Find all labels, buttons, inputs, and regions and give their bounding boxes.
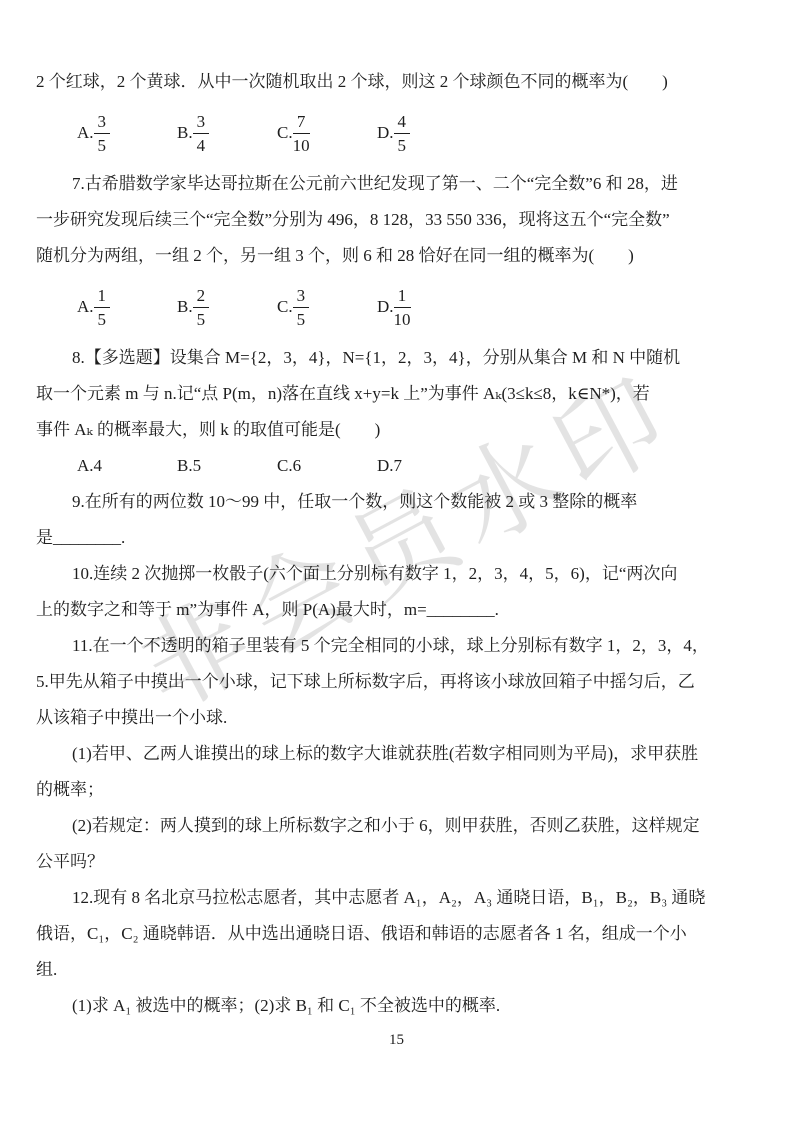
question-7-text-line: 7.古希腊数学家毕达哥拉斯在公元前六世纪发现了第一、二个“完全数”6 和 28，… bbox=[36, 166, 757, 202]
option-c-fraction: 3 5 bbox=[293, 285, 310, 330]
fraction-numerator: 1 bbox=[394, 285, 411, 308]
page-content: 2 个红球，2 个黄球．从中一次随机取出 2 个球，则这 2 个球颜色不同的概率… bbox=[36, 64, 757, 1024]
fraction-denominator: 10 bbox=[394, 308, 411, 330]
question-11-text-line: 11.在一个不透明的箱子里装有 5 个完全相同的小球，球上分别标有数字 1，2，… bbox=[36, 628, 757, 664]
option-a: A.4 bbox=[77, 448, 177, 484]
question-9-text-line: 9.在所有的两位数 10～99 中，任取一个数，则这个数能被 2 或 3 整除的… bbox=[36, 484, 757, 520]
fraction-denominator: 5 bbox=[94, 134, 111, 156]
fraction-denominator: 10 bbox=[293, 134, 310, 156]
question-8-text-line: 8.【多选题】设集合 M={2，3，4}，N={1，2，3，4}，分别从集合 M… bbox=[36, 340, 757, 376]
question-9: 9.在所有的两位数 10～99 中，任取一个数，则这个数能被 2 或 3 整除的… bbox=[36, 484, 757, 556]
option-b: B.5 bbox=[177, 448, 277, 484]
option-b: B. 3 4 bbox=[177, 111, 277, 156]
fraction-numerator: 3 bbox=[94, 111, 111, 134]
fraction-numerator: 1 bbox=[94, 285, 111, 308]
option-d-label: D. bbox=[377, 297, 394, 317]
question-12-text-line: 组. bbox=[36, 952, 757, 988]
question-8-options: A.4 B.5 C.6 D.7 bbox=[36, 448, 757, 484]
option-d: D. 1 10 bbox=[377, 285, 477, 330]
option-b-fraction: 3 4 bbox=[193, 111, 210, 156]
question-6-text-line: 2 个红球，2 个黄球．从中一次随机取出 2 个球，则这 2 个球颜色不同的概率… bbox=[36, 64, 757, 100]
option-d-label: D. bbox=[377, 123, 394, 143]
option-c-label: C. bbox=[277, 123, 293, 143]
question-12-text-line: 俄语，C₁，C₂ 通晓韩语．从中选出通晓日语、俄语和韩语的志愿者各 1 名，组成… bbox=[36, 916, 757, 952]
option-b-label: B. bbox=[177, 123, 193, 143]
fraction-numerator: 2 bbox=[193, 285, 210, 308]
question-6-options: A. 3 5 B. 3 4 C. 7 bbox=[36, 105, 757, 161]
question-12-parts-line: (1)求 A₁ 被选中的概率；(2)求 B₁ 和 C₁ 不全被选中的概率. bbox=[36, 988, 757, 1024]
worksheet-page: 非会员水印 2 个红球，2 个黄球．从中一次随机取出 2 个球，则这 2 个球颜… bbox=[0, 0, 793, 1122]
question-11: 11.在一个不透明的箱子里装有 5 个完全相同的小球，球上分别标有数字 1，2，… bbox=[36, 628, 757, 880]
fraction-denominator: 5 bbox=[394, 134, 411, 156]
option-c-fraction: 7 10 bbox=[293, 111, 310, 156]
question-8: 8.【多选题】设集合 M={2，3，4}，N={1，2，3，4}，分别从集合 M… bbox=[36, 340, 757, 484]
fraction-numerator: 7 bbox=[293, 111, 310, 134]
question-11-text-line: 5.甲先从箱子中摸出一个小球，记下球上所标数字后，再将该小球放回箱子中摇匀后，乙 bbox=[36, 664, 757, 700]
option-c: C. 3 5 bbox=[277, 285, 377, 330]
question-7-text-line: 一步研究发现后续三个“完全数”分别为 496，8 128，33 550 336，… bbox=[36, 202, 757, 238]
fraction-denominator: 5 bbox=[293, 308, 310, 330]
question-10: 10.连续 2 次抛掷一枚骰子(六个面上分别标有数字 1，2，3，4，5，6)，… bbox=[36, 556, 757, 628]
option-a-label: A. bbox=[77, 123, 94, 143]
option-c: C. 7 10 bbox=[277, 111, 377, 156]
question-7-text-line: 随机分为两组，一组 2 个，另一组 3 个，则 6 和 28 恰好在同一组的概率… bbox=[36, 238, 757, 274]
question-11-part2-line: (2)若规定：两人摸到的球上所标数字之和小于 6，则甲获胜，否则乙获胜，这样规定 bbox=[36, 808, 757, 844]
question-7: 7.古希腊数学家毕达哥拉斯在公元前六世纪发现了第一、二个“完全数”6 和 28，… bbox=[36, 166, 757, 335]
option-d-fraction: 4 5 bbox=[394, 111, 411, 156]
question-11-part1-line: 的概率； bbox=[36, 772, 757, 808]
fraction-numerator: 3 bbox=[293, 285, 310, 308]
option-d: D. 4 5 bbox=[377, 111, 477, 156]
option-b-fraction: 2 5 bbox=[193, 285, 210, 330]
fraction-numerator: 4 bbox=[394, 111, 411, 134]
option-a-label: A. bbox=[77, 297, 94, 317]
fraction-denominator: 5 bbox=[193, 308, 210, 330]
option-a: A. 1 5 bbox=[77, 285, 177, 330]
fraction-denominator: 4 bbox=[193, 134, 210, 156]
question-10-text-line: 10.连续 2 次抛掷一枚骰子(六个面上分别标有数字 1，2，3，4，5，6)，… bbox=[36, 556, 757, 592]
question-9-blank-line: 是________. bbox=[36, 520, 757, 556]
fraction-denominator: 5 bbox=[94, 308, 111, 330]
question-8-text-line: 事件 Aₖ 的概率最大，则 k 的取值可能是( ) bbox=[36, 412, 757, 448]
option-d: D.7 bbox=[377, 448, 477, 484]
option-a-fraction: 3 5 bbox=[94, 111, 111, 156]
question-6: 2 个红球，2 个黄球．从中一次随机取出 2 个球，则这 2 个球颜色不同的概率… bbox=[36, 64, 757, 161]
option-b: B. 2 5 bbox=[177, 285, 277, 330]
question-11-part1-line: (1)若甲、乙两人谁摸出的球上标的数字大谁就获胜(若数字相同则为平局)，求甲获胜 bbox=[36, 736, 757, 772]
question-7-options: A. 1 5 B. 2 5 C. 3 bbox=[36, 279, 757, 335]
fraction-numerator: 3 bbox=[193, 111, 210, 134]
option-a: A. 3 5 bbox=[77, 111, 177, 156]
question-11-part2-line: 公平吗？ bbox=[36, 844, 757, 880]
option-c-label: C. bbox=[277, 297, 293, 317]
option-d-fraction: 1 10 bbox=[394, 285, 411, 330]
question-8-text-line: 取一个元素 m 与 n.记“点 P(m，n)落在直线 x+y=k 上”为事件 A… bbox=[36, 376, 757, 412]
page-number: 15 bbox=[0, 1032, 793, 1049]
question-12: 12.现有 8 名北京马拉松志愿者，其中志愿者 A₁，A₂，A₃ 通晓日语，B₁… bbox=[36, 880, 757, 1024]
question-11-text-line: 从该箱子中摸出一个小球. bbox=[36, 700, 757, 736]
option-c: C.6 bbox=[277, 448, 377, 484]
option-a-fraction: 1 5 bbox=[94, 285, 111, 330]
question-12-text-line: 12.现有 8 名北京马拉松志愿者，其中志愿者 A₁，A₂，A₃ 通晓日语，B₁… bbox=[36, 880, 757, 916]
option-b-label: B. bbox=[177, 297, 193, 317]
question-10-blank-line: 上的数字之和等于 m”为事件 A，则 P(A)最大时，m=________. bbox=[36, 592, 757, 628]
